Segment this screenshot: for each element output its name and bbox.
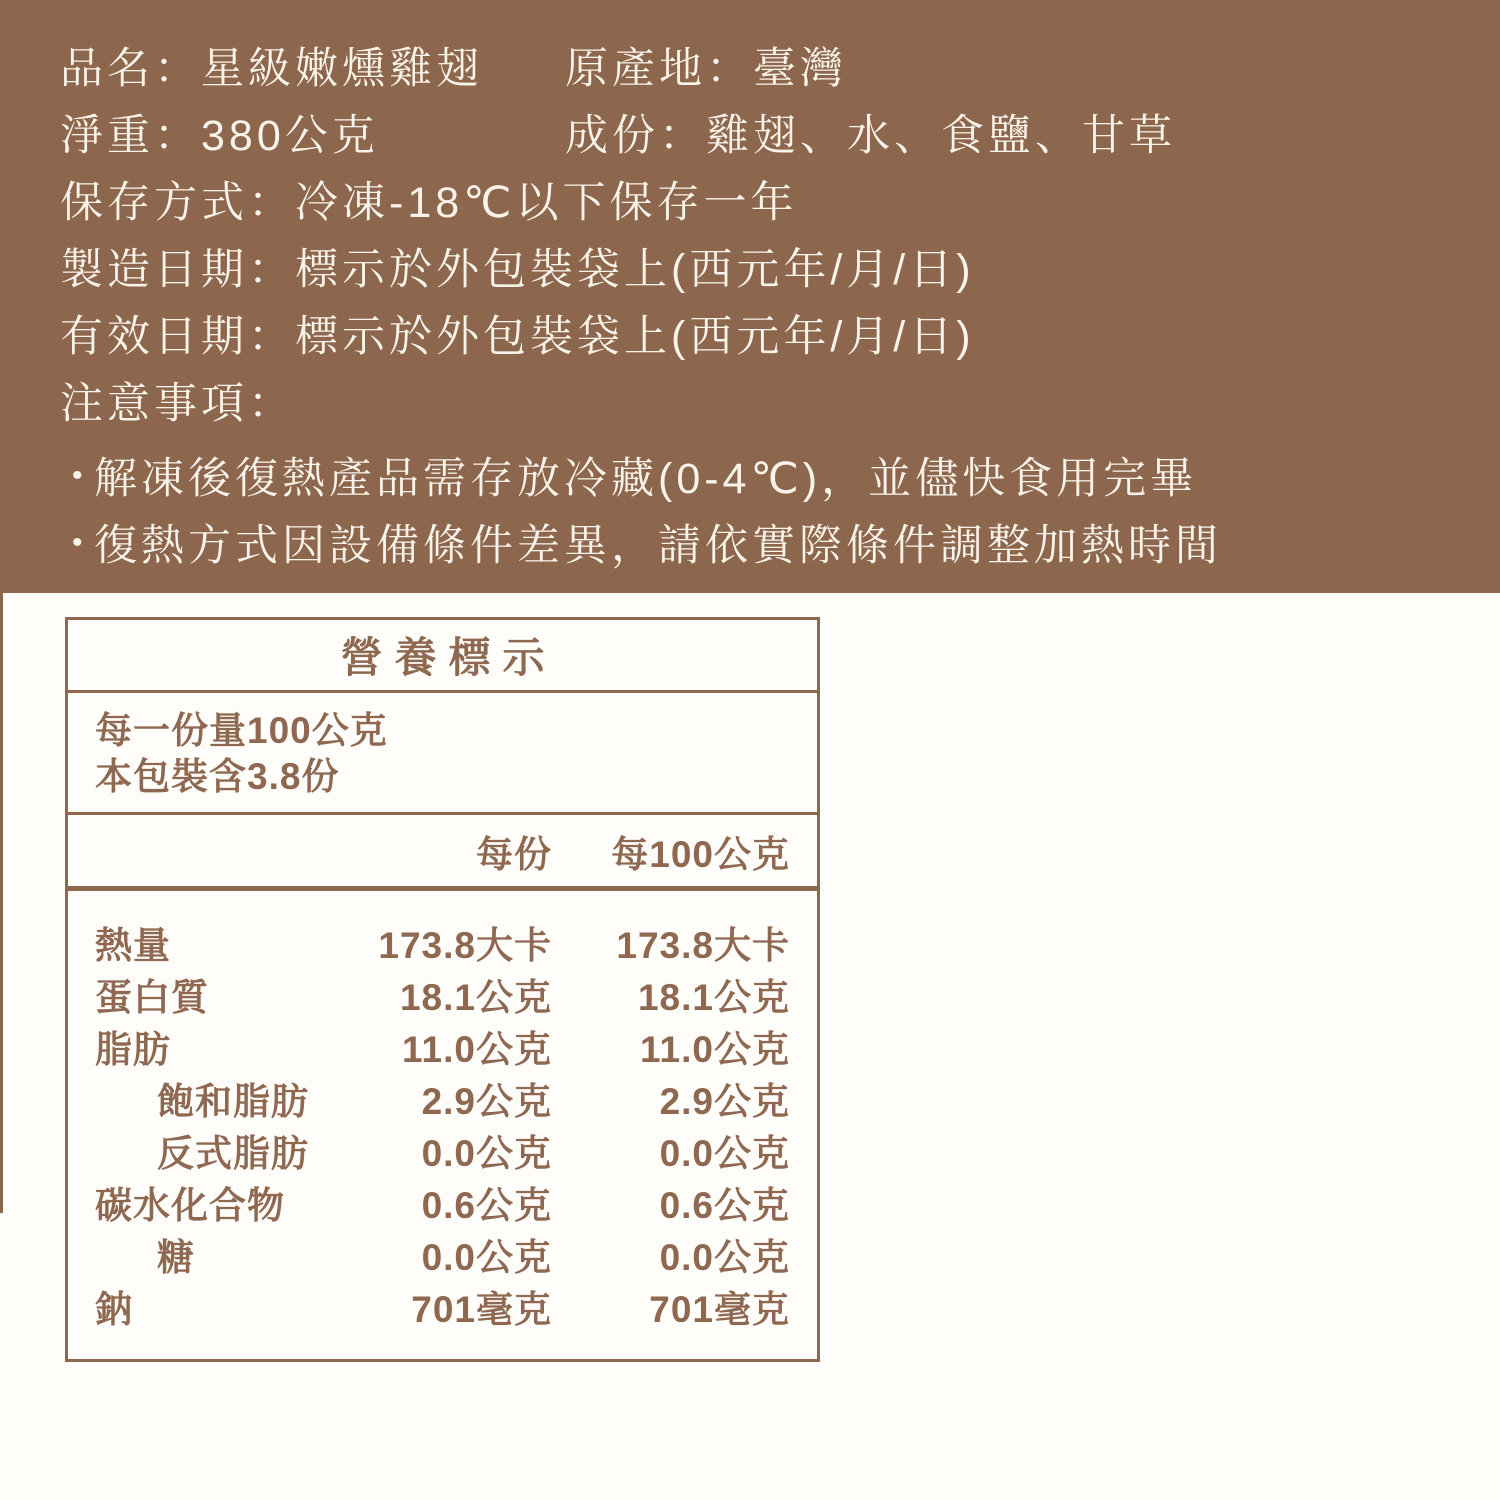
nutrient-per-100g-value: 173.8大卡 [552,915,790,969]
nutrient-label: 蛋白質 [95,967,352,1021]
nutrient-label: 脂肪 [95,1019,352,1073]
nutrient-label: 飽和脂肪 [95,1071,352,1125]
column-header-per-serving: 每份 [352,824,552,878]
nutrient-label: 熱量 [95,915,352,969]
nutrient-per-serving-value: 11.0公克 [352,1019,552,1073]
nutrient-per-serving-value: 0.6公克 [352,1175,552,1229]
nutrition-row: 蛋白質 18.1公克 18.1公克 [95,967,790,1019]
nutrient-per-100g-value: 701毫克 [552,1279,790,1333]
nutrient-per-100g-value: 2.9公克 [552,1071,790,1125]
product-info-line-2: 淨重：380公克 成份：雞翅、水、食鹽、甘草 [60,99,1470,166]
nutrition-table-title: 營養標示 [68,620,817,693]
nutrition-row: 糖 0.0公克 0.0公克 [95,1227,790,1279]
precaution-item-1: • 解凍後復熱產品需存放冷藏(0-4℃)，並儘快食用完畢 [60,442,1470,509]
manufacture-date-text: 製造日期：標示於外包裝袋上(西元年/月/日) [60,233,1470,300]
nutrient-per-serving-value: 2.9公克 [352,1071,552,1125]
bullet-icon: • [60,459,94,493]
origin-text: 原產地：臺灣 [565,35,847,96]
nutrition-table: 營養標示 每一份量100公克 本包裝含3.8份 每份 每100公克 熱量 173… [65,617,820,1362]
expiry-date-text: 有效日期：標示於外包裝袋上(西元年/月/日) [60,300,1470,367]
nutrient-per-serving-value: 0.0公克 [352,1123,552,1177]
nutrient-per-100g-value: 18.1公克 [552,967,790,1021]
nutrition-row: 熱量 173.8大卡 173.8大卡 [95,915,790,967]
nutrient-label: 碳水化合物 [95,1175,352,1229]
bullet-icon: • [60,526,94,560]
nutrient-per-serving-value: 0.0公克 [352,1227,552,1281]
nutrient-per-serving-value: 173.8大卡 [352,915,552,969]
precaution-text-1: 解凍後復熱產品需存放冷藏(0-4℃)，並儘快食用完畢 [94,445,1197,506]
net-weight-text: 淨重：380公克 [60,102,565,163]
nutrient-per-100g-value: 0.0公克 [552,1227,790,1281]
nutrient-label: 反式脂肪 [95,1123,352,1177]
nutrition-row: 飽和脂肪 2.9公克 2.9公克 [95,1071,790,1123]
storage-method-text: 保存方式：冷凍-18℃以下保存一年 [60,166,1470,233]
product-info-panel: 品名：星級嫩燻雞翅 原產地：臺灣 淨重：380公克 成份：雞翅、水、食鹽、甘草 … [0,0,1500,593]
servings-per-package-text: 本包裝含3.8份 [95,754,790,800]
nutrition-row: 鈉 701毫克 701毫克 [95,1279,790,1331]
precaution-item-2: • 復熱方式因設備條件差異，請依實際條件調整加熱時間 [60,509,1470,576]
nutrient-per-serving-value: 18.1公克 [352,967,552,1021]
precautions-heading: 注意事項： [60,367,1470,434]
nutrient-per-100g-value: 0.6公克 [552,1175,790,1229]
left-edge-partial-border [0,593,3,1213]
serving-size-text: 每一份量100公克 [95,708,790,754]
nutrient-rows-section: 熱量 173.8大卡 173.8大卡 蛋白質 18.1公克 18.1公克 脂肪 … [68,891,817,1331]
ingredients-text: 成份：雞翅、水、食鹽、甘草 [565,102,1176,163]
nutrient-label: 糖 [95,1227,352,1281]
nutrient-per-100g-value: 11.0公克 [552,1019,790,1073]
nutrition-row: 碳水化合物 0.6公克 0.6公克 [95,1175,790,1227]
nutrition-row: 脂肪 11.0公克 11.0公克 [95,1019,790,1071]
nutrient-per-serving-value: 701毫克 [352,1279,552,1333]
column-header-per-100g: 每100公克 [552,824,790,878]
serving-info-section: 每一份量100公克 本包裝含3.8份 [68,693,817,815]
product-name-text: 品名：星級嫩燻雞翅 [60,35,565,96]
precaution-text-2: 復熱方式因設備條件差異，請依實際條件調整加熱時間 [94,512,1222,573]
product-info-line-1: 品名：星級嫩燻雞翅 原產地：臺灣 [60,32,1470,99]
nutrition-row: 反式脂肪 0.0公克 0.0公克 [95,1123,790,1175]
nutrient-label: 鈉 [95,1279,352,1333]
nutrient-per-100g-value: 0.0公克 [552,1123,790,1177]
column-header-row: 每份 每100公克 [68,815,817,891]
